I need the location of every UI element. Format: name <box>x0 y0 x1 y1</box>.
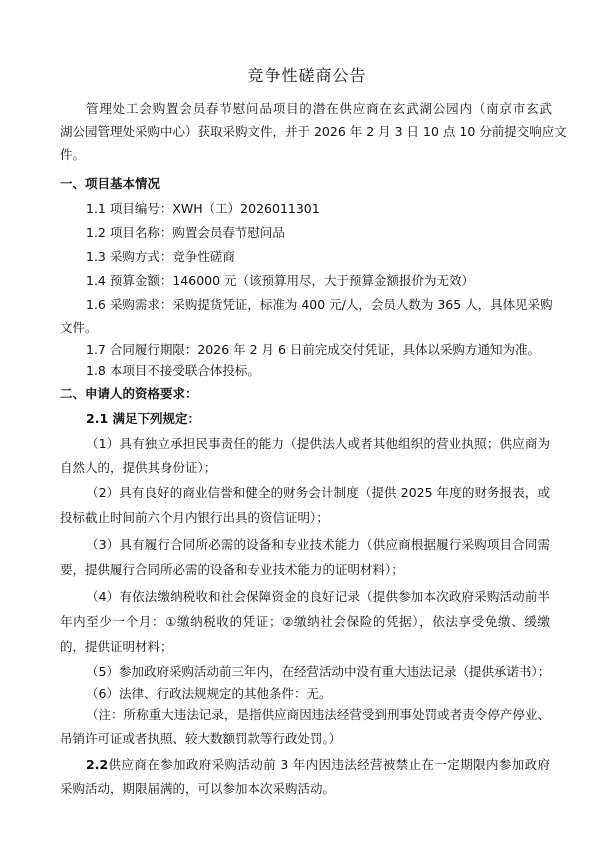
req-2-line-1: （2）具有良好的商业信誉和健全的财务会计制度（提供 2025 年度的财务报表，或 <box>86 485 550 501</box>
item-1-8: 1.8 本项目不接受联合体投标。 <box>86 363 260 379</box>
req-1-line-1: （1）具有独立承担民事责任的能力（提供法人或者其他组织的营业执照；供应商为 <box>86 436 550 452</box>
item-1-6: 1.6 采购需求：采购提货凭证，标准为 400 元/人，会员人数为 365 人，… <box>86 297 550 313</box>
item-1-6-cont: 文件。 <box>60 320 98 336</box>
req-5: （5）参加政府采购活动前三年内，在经营活动中没有重大违法记录（提供承诺书）； <box>86 664 550 680</box>
note-line-2: 吊销许可证或者执照、较大数额罚款等行政处罚。） <box>60 731 341 747</box>
item-1-2: 1.2 项目名称：购置会员春节慰问品 <box>86 225 285 241</box>
item-1-1: 1.1 项目编号：XWH（工）2026011301 <box>86 201 320 217</box>
document-page: 竞争性磋商公告 管理处工会购置会员春节慰问品项目的潜在供应商在玄武湖公园内（南京… <box>0 0 614 863</box>
intro-line-1: 管理处工会购置会员春节慰问品项目的潜在供应商在玄武湖公园内（南京市玄武 <box>86 101 552 117</box>
req-3-line-1: （3）具有履行合同所必需的设备和专业技术能力（供应商根据履行采购项目合同需 <box>86 537 550 553</box>
item-1-4: 1.4 预算金额：146000 元（该预算用尽，大于预算金额报价为无效） <box>86 273 474 289</box>
sub-2-2-text: 供应商在参加政府采购活动前 3 年内因违法经营被禁止在一定期限内参加政府 <box>108 757 550 772</box>
section2-heading: 二、申请人的资格要求： <box>60 386 198 402</box>
item-1-3: 1.3 采购方式：竞争性磋商 <box>86 249 235 265</box>
document-title: 竞争性磋商公告 <box>0 63 614 86</box>
sub-2-2-number: 2.2 <box>86 757 108 772</box>
req-6: （6）法律、行政法规规定的其他条件：无。 <box>86 686 331 702</box>
req-1-line-2: 自然人的，提供其身份证）； <box>60 460 216 476</box>
note-line-1: （注：所称重大违法记录，是指供应商因违法经营受到刑事处罚或者责令停产停业、 <box>86 707 550 723</box>
req-4-line-3: 的，提供证明材料； <box>60 639 173 655</box>
req-4-line-2: 年内至少一个月：①缴纳税收的凭证；②缴纳社会保险的凭据），依法享受免缴、缓缴 <box>60 614 550 630</box>
item-1-7: 1.7 合同履行期限：2026 年 2 月 6 日前完成交付凭证，具体以采购方通… <box>86 342 540 358</box>
intro-line-2: 湖公园管理处采购中心）获取采购文件，并于 2026 年 2 月 3 日 10 点… <box>60 124 550 140</box>
req-3-line-2: 要，提供履行合同所必需的设备和专业技术能力的证明材料）； <box>60 562 404 578</box>
sub-2-2-line-2: 采购活动，期限届满的，可以参加本次采购活动。 <box>60 781 335 797</box>
req-2-line-2: 投标截止时间前六个月内银行出具的资信证明）； <box>60 510 329 526</box>
sub-2-2-line-1: 2.2供应商在参加政府采购活动前 3 年内因违法经营被禁止在一定期限内参加政府 <box>86 757 550 773</box>
req-4-line-1: （4）有依法缴纳税收和社会保障资金的良好记录（提供参加本次政府采购活动前半 <box>86 589 550 605</box>
section1-heading: 一、项目基本情况 <box>60 176 160 192</box>
intro-line-3: 件。 <box>60 147 85 163</box>
sub-2-1-heading: 2.1 满足下列规定： <box>86 411 200 427</box>
